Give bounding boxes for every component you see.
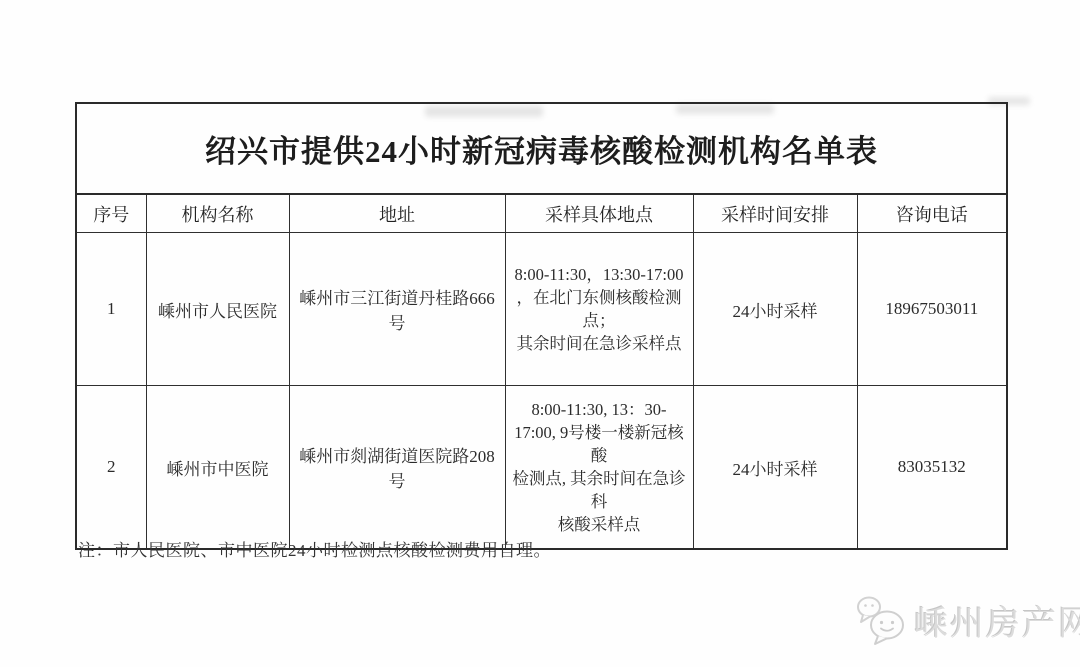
testing-institutions-table: 绍兴市提供24小时新冠病毒核酸检测机构名单表 序号 机构名称 地址 采样具体地点… <box>75 102 1008 550</box>
table-row: 1 嵊州市人民医院 嵊州市三江街道丹桂路666号 8:00-11:30，13:3… <box>76 233 1007 386</box>
chat-bubbles-logo-icon <box>856 594 906 646</box>
cell-institution: 嵊州市中医院 <box>146 386 289 550</box>
table-title-row: 绍兴市提供24小时新冠病毒核酸检测机构名单表 <box>76 103 1007 194</box>
footnote: 注：市人民医院、市中医院24小时检测点核酸检测费用自理。 <box>78 536 551 561</box>
table-header-row: 序号 机构名称 地址 采样具体地点 采样时间安排 咨询电话 <box>76 194 1007 233</box>
cell-address: 嵊州市三江街道丹桂路666号 <box>289 233 505 386</box>
cell-address: 嵊州市剡湖街道医院路208号 <box>289 386 505 550</box>
cell-sampling-location: 8:00-11:30, 13：30- 17:00, 9号楼一楼新冠核酸 检测点,… <box>505 386 693 550</box>
watermark: 嵊州房产网 <box>856 594 1080 646</box>
col-header-phone: 咨询电话 <box>857 194 1007 233</box>
col-header-sampling-schedule: 采样时间安排 <box>693 194 857 233</box>
document-page: 绍兴市提供24小时新冠病毒核酸检测机构名单表 序号 机构名称 地址 采样具体地点… <box>0 0 1080 667</box>
watermark-text: 嵊州房产网 <box>914 596 1080 645</box>
col-header-institution: 机构名称 <box>146 194 289 233</box>
col-header-sampling-location: 采样具体地点 <box>505 194 693 233</box>
cell-index: 1 <box>76 233 146 386</box>
table-row: 2 嵊州市中医院 嵊州市剡湖街道医院路208号 8:00-11:30, 13：3… <box>76 386 1007 550</box>
cell-sampling-schedule: 24小时采样 <box>693 386 857 550</box>
cell-phone: 18967503011 <box>857 233 1007 386</box>
cell-sampling-location: 8:00-11:30，13:30-17:00 ，在北门东侧核酸检测点； 其余时间… <box>505 233 693 386</box>
cell-phone: 83035132 <box>857 386 1007 550</box>
col-header-index: 序号 <box>76 194 146 233</box>
table-title: 绍兴市提供24小时新冠病毒核酸检测机构名单表 <box>76 103 1007 194</box>
cell-sampling-schedule: 24小时采样 <box>693 233 857 386</box>
col-header-address: 地址 <box>289 194 505 233</box>
cell-institution: 嵊州市人民医院 <box>146 233 289 386</box>
cell-index: 2 <box>76 386 146 550</box>
